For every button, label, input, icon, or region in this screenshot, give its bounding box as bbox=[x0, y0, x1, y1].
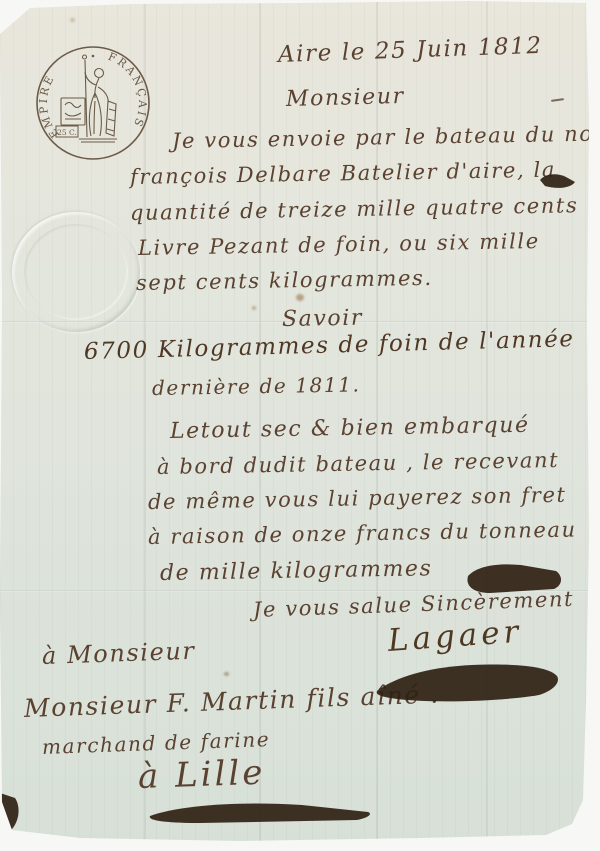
body-line: de mille kilogrammes bbox=[160, 558, 433, 585]
address-city: à Lille bbox=[137, 756, 266, 794]
body-line: Letout sec & bien embarqué bbox=[170, 415, 530, 443]
salutation: Monsieur bbox=[286, 86, 405, 111]
scanned-letter-photo: { "stamp": { "arc_left": "EMPIRE", "arc_… bbox=[0, 0, 600, 851]
pen-dash-mark bbox=[551, 98, 564, 102]
stamp-arc-text-right: FRANÇAIS bbox=[106, 50, 149, 131]
stamp-value-text: 25 C. bbox=[57, 128, 77, 137]
foxing-spot bbox=[296, 294, 304, 301]
body-line: sept cents kilogrammes. bbox=[136, 268, 433, 294]
body-line: Je vous envoie par le bateau du nommé bbox=[172, 123, 600, 152]
shield-emblem bbox=[61, 98, 85, 125]
foxing-spot bbox=[252, 306, 256, 310]
stamp-top-dot bbox=[92, 55, 95, 58]
embossed-blind-seal bbox=[12, 212, 140, 332]
body-line: à bord dudit bateau , le recevant bbox=[157, 450, 560, 478]
itemization-line: dernière de 1811. bbox=[152, 374, 361, 398]
body-line: à raison de onze francs du tonneau bbox=[148, 520, 577, 548]
body-line: quantité de treize mille quatre cents bbox=[130, 195, 579, 224]
stamp-denomination: 25 C. bbox=[56, 126, 78, 137]
address-line: à Monsieur bbox=[42, 639, 196, 668]
letter-paper: FRANÇAIS EMPIRE bbox=[0, 0, 600, 851]
foxing-spot bbox=[224, 672, 229, 676]
empire-francais-revenue-stamp: FRANÇAIS EMPIRE bbox=[33, 43, 153, 163]
edge-ink-smudge bbox=[0, 793, 19, 835]
itemization-line: 6700 Kilogrammes de foin de l'année bbox=[84, 328, 575, 364]
lille-underline-stroke bbox=[150, 803, 370, 823]
signature: Lagaer bbox=[387, 617, 523, 657]
savoir-heading: Savoir bbox=[282, 308, 363, 331]
body-line: de même vous lui payerez son fret bbox=[148, 485, 567, 513]
body-line: françois Delbare Batelier d'aire, la bbox=[130, 160, 556, 188]
svg-text:FRANÇAIS: FRANÇAIS bbox=[106, 50, 149, 131]
body-line: Livre Pezant de foin, ou six mille bbox=[138, 231, 540, 259]
closing-line: Je vous salue Sincèrement bbox=[253, 589, 575, 621]
foxing-spot bbox=[70, 18, 75, 22]
dateline: Aire le 25 Juin 1812 bbox=[278, 35, 543, 67]
address-line: Monsieur F. Martin fils aîné . bbox=[24, 681, 441, 721]
